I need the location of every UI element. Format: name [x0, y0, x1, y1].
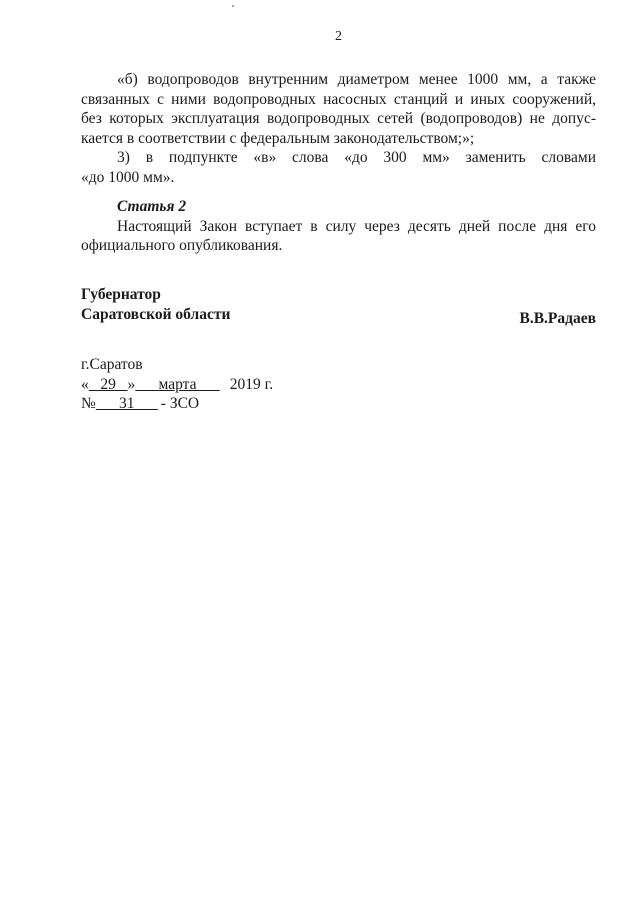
- signature-block: Губернатор Саратовской области В.В.Радае…: [81, 285, 596, 325]
- article-2-line-1: Настоящий Закон вступает в силу через де…: [81, 217, 596, 237]
- date-open-quote: «: [81, 376, 89, 393]
- amendment-text-block: «б) водопроводов внутренним диаметром ме…: [81, 70, 596, 188]
- date-day-blank: 29: [89, 376, 128, 393]
- paragraph-3-line-1: 3) в подпункте «в» слова «до 300 мм» зам…: [81, 148, 596, 168]
- issuance-number-line: № 31 - ЗСО: [81, 394, 596, 414]
- date-year: 2019 г.: [230, 376, 273, 393]
- number-suffix: - ЗСО: [161, 395, 199, 412]
- article-2-line-2: официального опубликования.: [81, 236, 596, 256]
- paragraph-b-line-4: кается в соответствии с федеральным зако…: [81, 129, 596, 149]
- paragraph-3-line-2: «до 1000 мм».: [81, 168, 596, 188]
- issuance-date-line: « 29 » марта 2019 г.: [81, 375, 596, 395]
- signature-row: Саратовской области В.В.Радаев: [81, 305, 596, 325]
- signature-title-line-2: Саратовской области: [81, 305, 230, 325]
- date-month-blank: марта: [135, 376, 219, 393]
- article-2-heading: Статья 2: [81, 197, 596, 217]
- article-2-block: Статья 2 Настоящий Закон вступает в силу…: [81, 197, 596, 256]
- signature-title-line-1: Губернатор: [81, 285, 596, 305]
- page-number: 2: [81, 29, 596, 45]
- scan-artifact-dot: [232, 5, 234, 7]
- document-page: 2 «б) водопроводов внутренним диаметром …: [0, 0, 640, 905]
- paragraph-b-line-1: «б) водопроводов внутренним диаметром ме…: [81, 70, 596, 90]
- paragraph-b-line-3: без которых эксплуатация водопроводных с…: [81, 109, 596, 129]
- number-value-blank: 31: [96, 395, 158, 412]
- issuance-city: г.Саратов: [81, 355, 596, 375]
- paragraph-b-line-2: связанных с ними водопроводных насосных …: [81, 90, 596, 110]
- signature-name: В.В.Радаев: [520, 309, 597, 329]
- number-sign: №: [81, 395, 96, 412]
- issuance-block: г.Саратов « 29 » марта 2019 г. № 31 - ЗС…: [81, 355, 596, 414]
